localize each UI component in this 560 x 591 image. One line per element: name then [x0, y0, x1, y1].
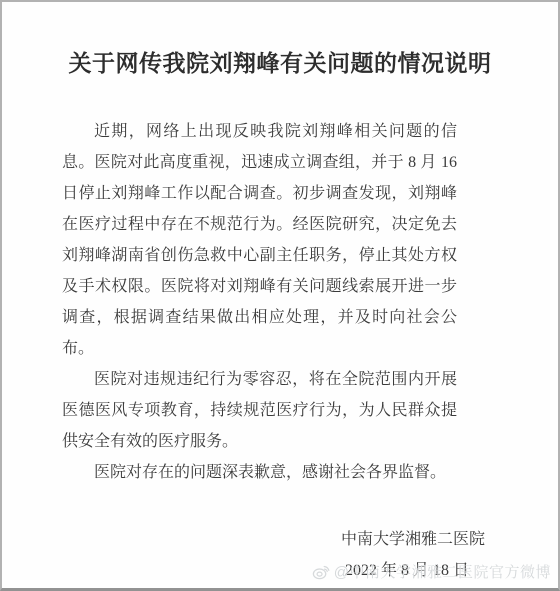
watermark-text: @中南大学湘雅二医院官方微博 — [334, 561, 551, 582]
weibo-icon — [312, 563, 331, 580]
statement-page: 关于网传我院刘翔峰有关问题的情况说明 近期，网络上出现反映我院刘翔峰相关问题的信… — [0, 0, 560, 591]
statement-paragraph: 近期，网络上出现反映我院刘翔峰相关问题的信息。医院对此高度重视，迅速成立调查组，… — [62, 116, 457, 364]
statement-paragraph: 医院对违规违纪行为零容忍，将在全院范围内开展医德医风专项教育，持续规范医疗行为，… — [62, 364, 457, 457]
watermark: @中南大学湘雅二医院官方微博 — [312, 561, 551, 582]
issuer-signature: 中南大学湘雅二医院 — [2, 524, 485, 555]
statement-title: 关于网传我院刘翔峰有关问题的情况说明 — [2, 49, 558, 79]
statement-body: 近期，网络上出现反映我院刘翔峰相关问题的信息。医院对此高度重视，迅速成立调查组，… — [62, 116, 457, 488]
statement-paragraph: 医院对存在的问题深表歉意，感谢社会各界监督。 — [62, 457, 457, 488]
